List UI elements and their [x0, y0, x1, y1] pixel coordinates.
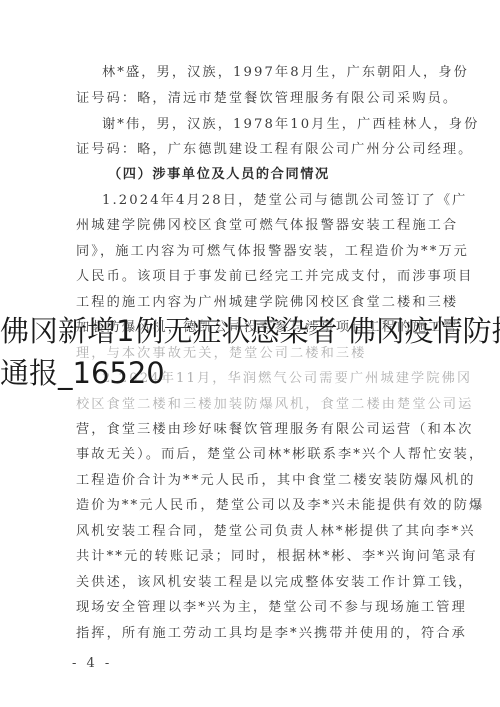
text-line: 工程造价合计为**元人民币，其中食堂二楼安装防爆风机的 — [76, 472, 424, 490]
overlay-title-line2: 通报_16520 — [0, 352, 500, 394]
text-line: 证号码：略，广东德凯建设工程有限公司广州分公司经理。 — [76, 141, 424, 159]
text-line: 1.2024年4月28日，楚堂公司与德凯公司签订了《广 — [102, 192, 424, 210]
text-line: 风机安装工程合同，楚堂公司负责人林*彬提供了其向李*兴 — [76, 523, 424, 541]
section-heading: （四）涉事单位及人员的合同情况 — [108, 166, 456, 184]
page-number: - 4 - — [72, 656, 112, 671]
text-line: 共计**元的转账记录；同时，根据林*彬、李*兴询问笔录有 — [76, 548, 424, 566]
overlay-title: 佛冈新增1例无症状感染者 佛冈疫情防控最新 通报_16520 — [0, 310, 500, 394]
text-line: 关供述，该风机安装工程是以完成整体安装工作计算工钱， — [76, 574, 424, 592]
text-line: 谢*伟，男，汉族，1978年10月生，广西桂林人，身份 — [102, 116, 424, 134]
overlay-title-line1: 佛冈新增1例无症状感染者 佛冈疫情防控最新 — [0, 310, 500, 352]
text-line: 人民币。该项目于事发前已经完工并完成支付，而涉事项目 — [76, 268, 424, 286]
text-line: 营，食堂三楼由珍好味餐饮管理服务有限公司运营（和本次 — [76, 421, 424, 439]
text-line: 同》，施工内容为可燃气体报警器安装，工程造价为**万元 — [76, 243, 424, 261]
text-line: 造价为**元人民币，楚堂公司以及李*兴未能提供有效的防爆 — [76, 497, 424, 515]
text-line: 指挥，所有施工劳动工具均是李*兴携带并使用的，符合承 — [76, 625, 424, 643]
text-line: 事故无关）。而后，楚堂公司林*彬联系李*兴个人帮忙安装， — [76, 446, 424, 464]
text-line: 校区食堂二楼和三楼加装防爆风机，食堂二楼由楚堂公司运 — [76, 396, 424, 414]
text-line: 现场安全管理以李*兴为主，楚堂公司不参与现场施工管理 — [76, 599, 424, 617]
text-line: 证号码：略，清远市楚堂餐饮管理服务有限公司采购员。 — [76, 90, 424, 108]
text-line: 州城建学院佛冈校区食堂可燃气体报警器安装工程施工合 — [76, 217, 424, 235]
text-line: 林*盛，男，汉族，1997年8月生，广东朝阳人，身份 — [102, 64, 424, 82]
